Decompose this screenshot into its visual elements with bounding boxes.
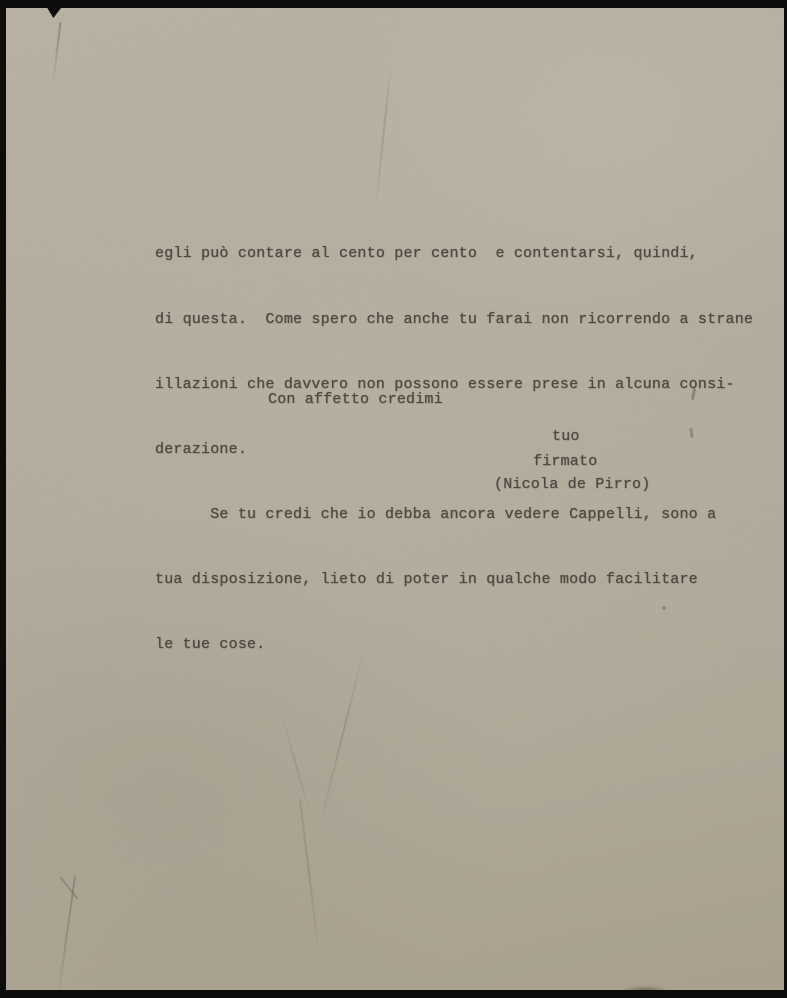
crease-bottom-left [58,876,76,990]
crease-bottom-left-branch [60,876,79,899]
tear-crease-line [52,22,61,80]
letter-line-5: Se tu credi che io debba ancora vedere C… [155,504,753,526]
signature-firmato-label: firmato [533,453,597,470]
crease-lower-middle-2 [299,798,319,947]
letter-line-7: le tue cose. [155,634,753,656]
letter-page: egli può contare al cento per cento e co… [6,8,784,990]
signature-salutation: tuo [552,428,580,445]
letter-line-6: tua disposizione, lieto di poter in qual… [155,569,753,591]
letter-line-2: di questa. Come spero che anche tu farai… [155,309,753,331]
closing-line: Con affetto credimi [268,391,443,408]
letter-body: egli può contare al cento per cento e co… [155,200,753,699]
crease-top-middle [374,66,391,210]
letter-line-3: illazioni che davvero non possono essere… [155,374,753,396]
letter-line-4: derazione. [155,439,753,461]
letter-line-1: egli può contare al cento per cento e co… [155,243,753,265]
crease-lower-middle-3 [280,710,315,826]
scan-background: egli può contare al cento per cento e co… [0,0,787,998]
signature-name: (Nicola de Pirro) [494,476,650,493]
smudge-bottom-center [622,986,668,990]
